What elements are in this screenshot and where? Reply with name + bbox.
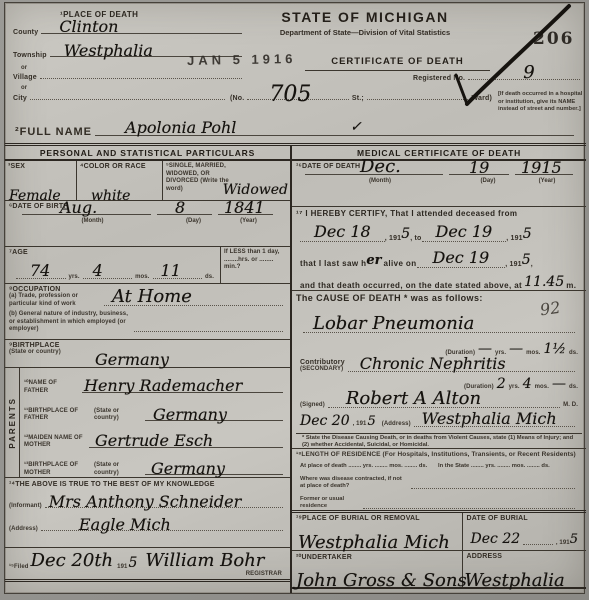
burial-year-value: 5: [570, 532, 578, 547]
age-months: 4: [93, 261, 103, 280]
scanned-death-certificate: ¹PLACE OF DEATH County Clinton Township …: [0, 0, 589, 600]
township-value: Westphalia: [64, 41, 153, 60]
parents-fields: ¹⁰NAME OF FATHER Henry Rademacher ¹¹BIRT…: [20, 368, 290, 477]
burial-row: ¹⁹PLACE OF BURIAL OR REMOVAL Westphalia …: [292, 513, 586, 551]
dod-row: ¹⁶DATE OF DEATH Dec. 19 1915 (Month) (Da…: [292, 161, 586, 207]
mother-name-line: Gertrude Esch: [89, 447, 283, 448]
cause-line: Lobar Pneumonia: [296, 319, 582, 335]
marital-cell: ⁵SINGLE, MARRIED, WIDOWED, OR DIVORCED (…: [163, 161, 290, 200]
filed-date-value: Dec 20th: [31, 550, 114, 571]
occurred-pre: and that death occurred, on the date sta…: [300, 281, 522, 290]
cause-mos-label: mos.: [526, 350, 540, 358]
certificate-header: ¹PLACE OF DEATH County Clinton Township …: [5, 3, 586, 143]
village-line: [40, 78, 242, 79]
contributory-underline: Chronic Nephritis: [348, 360, 575, 372]
dod-day-label: (Day): [458, 178, 518, 184]
father-name-row: ¹⁰NAME OF FATHER Henry Rademacher: [20, 368, 290, 395]
cause-value: Lobar Pneumonia: [313, 313, 474, 334]
occupation-a-label: (a) Trade, profession or particular kind…: [9, 293, 101, 308]
county-row: County Clinton: [13, 29, 245, 36]
mother-birthplace-value: Germany: [151, 459, 225, 478]
last-saw-date: Dec 19: [417, 248, 506, 268]
burial-place-value: Westphalia Mich: [298, 532, 450, 553]
certify-intro: ¹⁷ I HEREBY CERTIFY, That I attended dec…: [296, 209, 582, 218]
dob-day: 8: [175, 198, 185, 217]
cause-block: The CAUSE OF DEATH * was as follows: 92 …: [292, 291, 586, 449]
city-label: City: [13, 95, 27, 102]
occupation-row: ⁸OCCUPATION (a) Trade, profession or par…: [5, 284, 290, 340]
age-mos-line: 4: [83, 278, 133, 279]
informant-label: (Informant): [9, 503, 42, 511]
residence-label: ¹⁸LENGTH OF RESIDENCE (For Hospitals, In…: [296, 451, 582, 459]
ds-label: ds.: [205, 274, 214, 282]
age-row: ⁷AGE 74 yrs. 4 mos. 11 ds. I: [5, 247, 290, 284]
burial-year-printed: , 191: [556, 540, 570, 548]
filed-year-printed: 191: [117, 564, 127, 572]
signed-address-label: (Address): [382, 421, 411, 429]
attestation-label: ¹⁴THE ABOVE IS TRUE TO THE BEST OF MY KN…: [5, 478, 290, 488]
attended-from-year: 5: [401, 226, 410, 242]
informant-line: Mrs Anthony Schneider: [45, 496, 283, 508]
burial-date-line: [523, 544, 553, 545]
undertaker-row: ²⁰UNDERTAKER John Gross & Sons ADDRESS W…: [292, 551, 586, 589]
certificate-body: PERSONAL AND STATISTICAL PARTICULARS ³SE…: [5, 143, 586, 593]
father-birthplace-sub: (State or country): [94, 408, 142, 423]
dob-year-line: 1841: [218, 214, 273, 215]
dod-month-line: Dec.: [305, 174, 443, 175]
former-residence-line: Former or usual residence: [296, 496, 582, 511]
last-saw-year: 5: [522, 252, 531, 268]
father-birthplace-row: ¹¹BIRTHPLACE OF FATHER (State or country…: [20, 395, 290, 422]
cause-dur-ds: 1½: [544, 341, 566, 357]
last-saw-mid: alive on: [384, 259, 417, 268]
father-birthplace-value: Germany: [153, 405, 227, 424]
death-time-value: 11.45: [524, 274, 564, 290]
undertaker-address-label: ADDRESS: [463, 551, 586, 562]
no-label: (No.: [230, 95, 244, 102]
signed-date-line: Dec 20 , 191 5 (Address) Westphalia Mich: [296, 413, 582, 429]
or-label-1: or: [21, 65, 27, 73]
mother-name-value: Gertrude Esch: [95, 431, 213, 450]
pencil-annotation: 92: [538, 298, 561, 320]
undertaker-value: John Gross & Sons: [296, 570, 467, 591]
age-note: If LESS than 1 day, ........hrs. or ....…: [221, 247, 290, 274]
cause-ds-label: ds.: [569, 350, 578, 358]
dod-day: 19: [469, 158, 489, 177]
city-row: City: [13, 95, 228, 102]
cause-dur-mos: —: [509, 341, 523, 357]
contracted-line: Where was disease contracted, if not at …: [296, 476, 582, 491]
signed-year-printed: , 191: [353, 421, 367, 429]
last-saw-pre: that I last saw h: [300, 259, 366, 268]
father-name-value: Henry Rademacher: [84, 376, 242, 395]
dob-month-line: Aug.: [22, 214, 151, 215]
mother-birthplace-sub: (State or country): [94, 462, 142, 477]
mother-name-row: ¹²MAIDEN NAME OF MOTHER Gertrude Esch: [20, 423, 290, 450]
date-received-stamp: JAN 5 1916: [187, 51, 297, 68]
parents-label: PARENTS: [8, 397, 17, 449]
age-note-cell: If LESS than 1 day, ........hrs. or ....…: [220, 247, 290, 283]
former-label: Former or usual residence: [300, 496, 360, 511]
marital-value: Widowed: [223, 182, 288, 198]
contributory-label: Contributory: [300, 359, 345, 366]
sex-race-marital-row: ³SEX Female ⁴COLOR OR RACE white ⁵SINGLE…: [5, 161, 290, 201]
father-name-line: Henry Rademacher: [82, 392, 283, 393]
residence-block: ¹⁸LENGTH OF RESIDENCE (For Hospitals, In…: [292, 449, 586, 513]
former-underline: [363, 508, 575, 509]
no-line: 705: [247, 99, 348, 100]
undertaker-cell: ²⁰UNDERTAKER John Gross & Sons: [292, 551, 463, 587]
occupation-a-value: At Home: [112, 286, 192, 307]
contrib-dur-ds: —: [552, 376, 566, 392]
pen-stroke-mark: [445, 3, 575, 115]
personal-title: PERSONAL AND STATISTICAL PARTICULARS: [5, 146, 290, 161]
signed-address-value: Westphalia Mich: [422, 409, 557, 428]
cause-underline: Lobar Pneumonia: [303, 319, 575, 333]
undertaker-address-cell: ADDRESS Westphalia: [463, 551, 586, 587]
birthplace-row: ⁹BIRTHPLACE (State or country) Germany: [5, 340, 290, 368]
signed-year-value: 5: [367, 414, 375, 429]
burial-date-value: Dec 22: [471, 531, 521, 547]
or-label-2: or: [21, 85, 27, 93]
filed-row: ¹⁵Filed Dec 20th 191 5 William Bohr REGI…: [5, 548, 290, 582]
father-birthplace-line: Germany: [145, 420, 283, 421]
residence-at-place: At place of death ........ yrs. ........…: [300, 463, 438, 471]
certificate-paper: ¹PLACE OF DEATH County Clinton Township …: [4, 2, 585, 594]
contributory-line: Contributory (SECONDARY) Chronic Nephrit…: [296, 359, 582, 374]
mother-birthplace-row: ¹³BIRTHPLACE OF MOTHER (State or country…: [20, 450, 290, 477]
age-days: 11: [161, 261, 181, 280]
attended-dates-line: Dec 18 , 191 5 , to Dec 19 , 191 5: [296, 222, 582, 242]
printed-191-a: , 191: [385, 235, 402, 242]
state-title: STATE OF MICHIGAN: [260, 9, 470, 25]
contrib-ds-label: ds.: [569, 384, 578, 392]
death-time-line: and that death occurred, on the date sta…: [296, 274, 582, 290]
burial-place-cell: ¹⁹PLACE OF BURIAL OR REMOVAL Westphalia …: [292, 513, 463, 550]
contrib-mos-label: mos.: [535, 384, 549, 392]
burial-label: ¹⁹PLACE OF BURIAL OR REMOVAL: [292, 513, 462, 524]
occupation-b-label: (b) General nature of industry, business…: [9, 311, 131, 334]
birthplace-label: ⁹BIRTHPLACE: [5, 340, 290, 349]
father-birthplace-label: ¹¹BIRTHPLACE OF FATHER: [24, 408, 94, 423]
printed-191-c: , 191: [505, 261, 522, 268]
age-years: 74: [30, 261, 50, 280]
no-value: 705: [269, 82, 311, 107]
registrar-label: REGISTRAR: [246, 571, 282, 579]
mother-birthplace-label: ¹³BIRTHPLACE OF MOTHER: [24, 462, 94, 477]
full-name-value: Apolonia Pohl: [125, 118, 236, 137]
occupation-a-line: At Home: [104, 294, 283, 306]
sex-label: ³SEX: [5, 161, 76, 172]
dod-year-line: 1915: [515, 174, 573, 175]
age-label: ⁷AGE: [5, 247, 220, 258]
race-label: ⁴COLOR OR RACE: [77, 161, 162, 172]
informant-value: Mrs Anthony Schneider: [49, 492, 241, 511]
undertaker-address-value: Westphalia: [465, 570, 565, 591]
occupation-b-line: [134, 331, 283, 332]
parents-strip: PARENTS: [5, 368, 20, 477]
parents-block: PARENTS ¹⁰NAME OF FATHER Henry Rademache…: [5, 368, 290, 478]
signed-underline: Robert A Alton: [328, 394, 560, 408]
age-yrs-line: 74: [16, 278, 66, 279]
filed-label: ¹⁵Filed: [9, 564, 29, 572]
burial-date-label: DATE OF BURIAL: [463, 513, 586, 524]
certify-block: ¹⁷ I HEREBY CERTIFY, That I attended dec…: [292, 207, 586, 291]
personal-column: PERSONAL AND STATISTICAL PARTICULARS ³SE…: [5, 146, 292, 593]
full-name-line: Apolonia Pohl ✓: [95, 120, 574, 136]
county-line: Clinton: [41, 33, 242, 34]
contrib-dur-yrs: 2: [497, 376, 506, 392]
month-label: (Month): [19, 218, 166, 224]
informant-row: (Informant) Mrs Anthony Schneider: [5, 496, 290, 510]
village-row: Village: [13, 74, 245, 81]
undertaker-label: ²⁰UNDERTAKER: [292, 551, 462, 563]
year-label: (Year): [221, 218, 276, 224]
check-mark: ✓: [350, 119, 362, 135]
st-label: St.;: [352, 95, 364, 102]
attended-to-value: Dec 19: [422, 222, 507, 242]
dob-month: Aug.: [60, 198, 97, 217]
last-saw-hand: er: [366, 253, 381, 268]
signed-address-underline: Westphalia Mich: [414, 415, 575, 427]
informant-address-label: (Address): [9, 526, 38, 534]
age-cell: ⁷AGE 74 yrs. 4 mos. 11 ds.: [5, 247, 220, 283]
informant-address-row: (Address) Eagle Mich: [5, 519, 290, 533]
contracted-label: Where was disease contracted, if not at …: [300, 476, 408, 491]
village-label: Village: [13, 74, 37, 81]
dod-month-label: (Month): [302, 178, 458, 184]
city-line: [30, 99, 225, 100]
registrar-signature: William Bohr: [145, 550, 264, 571]
contributory-value: Chronic Nephritis: [360, 354, 506, 373]
full-name-row: ²FULL NAME Apolonia Pohl ✓: [15, 120, 577, 138]
race-cell: ⁴COLOR OR RACE white: [77, 161, 163, 200]
sex-cell: ³SEX Female: [5, 161, 77, 200]
attestation-block: ¹⁴THE ABOVE IS TRUE TO THE BEST OF MY KN…: [5, 478, 290, 548]
dod-year-label: (Year): [518, 178, 576, 184]
printed-191-b: , 191: [506, 235, 523, 242]
residence-in-state: In the State ........ yrs. ........ mos.…: [438, 463, 578, 471]
md-label: M. D.: [563, 402, 578, 410]
contrib-yrs-label: yrs.: [509, 384, 520, 392]
signed-line: (Signed) Robert A Alton M. D.: [296, 394, 582, 410]
residence-duration-line: At place of death ........ yrs. ........…: [296, 463, 582, 471]
m-label: m.: [566, 281, 576, 290]
county-value: Clinton: [59, 17, 118, 36]
dod-day-line: 19: [449, 174, 509, 175]
dod-month: Dec.: [360, 156, 401, 177]
comma-c: ,: [531, 261, 533, 268]
age-ds-line: 11: [153, 278, 203, 279]
contrib-dur-mos: 4: [523, 376, 532, 392]
county-label: County: [13, 29, 38, 36]
to-label: , to: [410, 235, 421, 242]
informant-address-line: Eagle Mich: [41, 519, 283, 531]
signed-label: (Signed): [300, 402, 325, 410]
last-saw-line: that I last saw h er alive on Dec 19 , 1…: [296, 248, 582, 268]
attended-from-value: Dec 18: [300, 222, 385, 242]
yrs-label: yrs.: [69, 274, 80, 282]
contracted-underline: [411, 488, 575, 489]
father-name-label: ¹⁰NAME OF FATHER: [24, 380, 79, 395]
signed-date-value: Dec 20: [300, 413, 350, 429]
burial-date-cell: DATE OF BURIAL Dec 22 , 191 5: [463, 513, 586, 550]
medical-column: MEDICAL CERTIFICATE OF DEATH ¹⁶DATE OF D…: [292, 146, 586, 593]
secondary-label: (SECONDARY): [300, 366, 345, 374]
township-label: Township: [13, 52, 47, 59]
mos-label: mos.: [135, 274, 149, 282]
birthplace-value: Germany: [95, 350, 169, 369]
dob-year: 1841: [224, 198, 265, 217]
day-label: (Day): [166, 218, 221, 224]
dob-row: ⁶DATE OF BIRTH Aug. 8 1841 (Month) (Day)…: [5, 201, 290, 247]
attended-to-year: 5: [523, 226, 532, 242]
filed-year-value: 5: [128, 555, 137, 571]
mother-birthplace-line: Germany: [145, 474, 283, 475]
full-name-label: ²FULL NAME: [15, 126, 92, 138]
physician-signature: Robert A Alton: [346, 388, 481, 409]
mother-name-label: ¹²MAIDEN NAME OF MOTHER: [24, 435, 86, 450]
dod-year: 1915: [521, 158, 562, 177]
dob-day-line: 8: [157, 214, 212, 215]
informant-address-value: Eagle Mich: [79, 515, 171, 534]
